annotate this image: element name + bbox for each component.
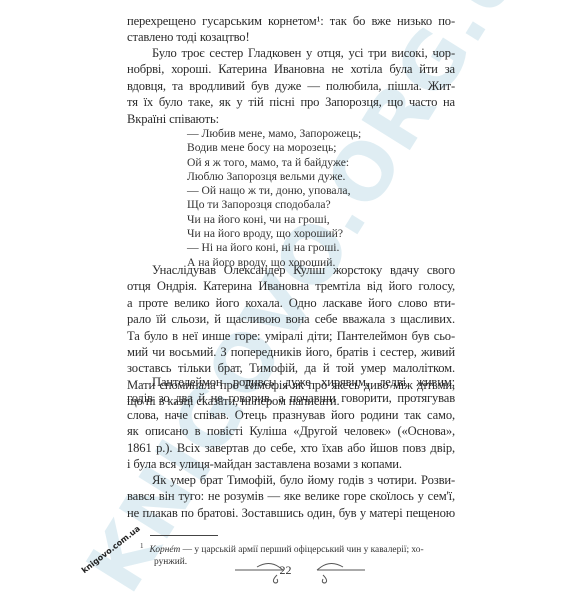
text-line: Як умер брат Тимофій, було йому годів з … bbox=[127, 472, 455, 488]
poem-line: Чи на його коні, чи на гроші, bbox=[187, 213, 361, 227]
text-line: годів зо два й не говорив, а почавши гов… bbox=[127, 390, 455, 406]
poem-line: Люблю Запорозця вельми дуже. bbox=[187, 170, 361, 184]
poem-line: Чи на його вроду, що хороший? bbox=[187, 227, 361, 241]
book-page: KNIGOVO.ORG.UA перехрещено гусарським ко… bbox=[0, 0, 571, 600]
text-line: вався він туго: не розумів — яке велике … bbox=[127, 488, 455, 504]
text-line: Та було в неї инше горе: уміралі діти; П… bbox=[127, 328, 455, 344]
poem-line: — Любив мене, мамо, Запорожець; bbox=[187, 127, 361, 141]
poem-line: — Ні на його коні, ні на гроші. bbox=[187, 241, 361, 255]
text-line: перехрещено гусарським корнетом¹: так бо… bbox=[127, 13, 455, 29]
poem-line: Ой я ж того, мамо, та й байдуже: bbox=[187, 156, 361, 170]
paragraph-1: перехрещено гусарським корнетом¹: так бо… bbox=[127, 13, 455, 46]
text-line: ставлено тоді козацтво! bbox=[127, 29, 455, 45]
text-line: слова, наче співав. Отець празнував його… bbox=[127, 407, 455, 423]
poem-line: — Ой нащо ж ти, доню, уповала, bbox=[187, 184, 361, 198]
text-line: Було троє сестер Гладковен у отця, усі т… bbox=[127, 45, 455, 61]
text-line: як описано в повісті Куліша «Другой чело… bbox=[127, 423, 455, 439]
paragraph-4: Пантелеймон родивсь дуже хирявим, ледві … bbox=[127, 374, 455, 472]
text-line: Пантелеймон родивсь дуже хирявим, ледві … bbox=[127, 374, 455, 390]
poem-block: — Любив мене, мамо, Запорожець; Водив ме… bbox=[187, 127, 361, 270]
footnote-divider bbox=[150, 535, 218, 536]
footnote-headword: Корнéт bbox=[150, 545, 181, 555]
text-line: отця Ондрія. Катерина Ивановна тремтіла … bbox=[127, 278, 455, 294]
poem-line: Водив мене босу на морозець; bbox=[187, 141, 361, 155]
text-line: мий чи восьмий. З попередників його, бра… bbox=[127, 344, 455, 360]
text-line: рало їй сльози, й щасливою вона себе вва… bbox=[127, 311, 455, 327]
text-line: 1861 р.). Всіх завертав до себе, хто їха… bbox=[127, 440, 455, 456]
text-line: вдовця, та вродливий був дуже — полюбила… bbox=[127, 78, 455, 94]
text-line: Унаслідував Олександер Куліш жорстоку вд… bbox=[127, 262, 455, 278]
text-line: Вкраїні співають: bbox=[127, 111, 455, 127]
paragraph-5: Як умер брат Тимофій, було йому годів з … bbox=[127, 472, 455, 521]
text-line: тя їх було таке, як у тій пісні про Запо… bbox=[127, 94, 455, 110]
text-line: і була вся улиця-майдан заставлена возам… bbox=[127, 456, 455, 472]
footnote-text: — у царській армії перший офіцерський чи… bbox=[180, 545, 423, 555]
paragraph-2: Було троє сестер Гладковен у отця, усі т… bbox=[127, 45, 455, 127]
text-line: нобрві, хороші. Катерина Ивановна не хот… bbox=[127, 61, 455, 77]
poem-line: Що ти Запорозця сподобала? bbox=[187, 198, 361, 212]
text-line: а проте велико його кохала. Одно ласкаве… bbox=[127, 295, 455, 311]
text-line: не плакав по братові. Зоставшись один, б… bbox=[127, 505, 455, 521]
footnote-number: 1 bbox=[140, 542, 144, 550]
